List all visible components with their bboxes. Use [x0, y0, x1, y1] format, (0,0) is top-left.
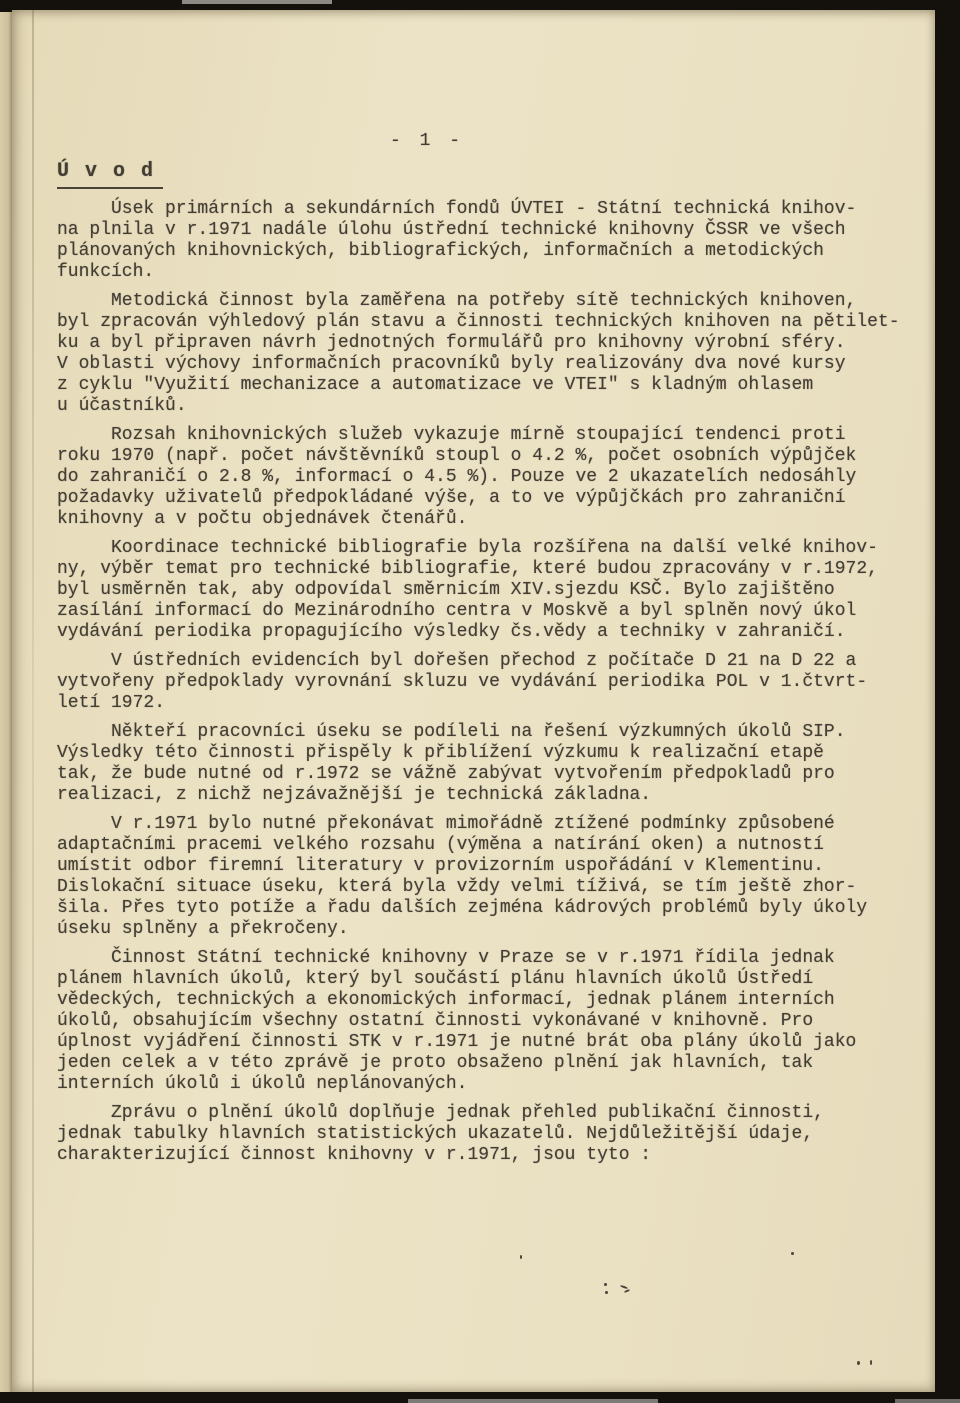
- paragraphs: Úsek primárních a sekundárních fondů ÚVT…: [57, 199, 923, 1174]
- paragraph-line: umístit odbor firemní literatury v provi…: [57, 856, 923, 877]
- paragraph-line: adaptačními pracemi velkého rozsahu (vým…: [57, 835, 923, 856]
- paragraph-line: jednak tabulky hlavních statistických uk…: [57, 1124, 923, 1145]
- scanner-band-notch: [895, 1399, 960, 1403]
- paragraph-line: Rozsah knihovnických služeb vykazuje mír…: [57, 425, 923, 446]
- paragraph-line: V r.1971 bylo nutné překonávat mimořádně…: [57, 814, 923, 835]
- ink-speck: [857, 1361, 860, 1365]
- paragraph-line: funkcích.: [57, 262, 923, 283]
- paragraph: Někteří pracovníci úseku se podíleli na …: [57, 722, 923, 806]
- paragraph-line: na plnila v r.1971 nadále úlohu ústřední…: [57, 220, 923, 241]
- paragraph-line: jeden celek a v této zprávě je proto obs…: [57, 1053, 923, 1074]
- ink-speck: [604, 1283, 607, 1286]
- paragraph-line: Zprávu o plnění úkolů doplňuje jednak př…: [57, 1103, 923, 1124]
- scanner-band-notch: [408, 1399, 658, 1403]
- paragraph-line: Dislokační situace úseku, která byla vžd…: [57, 877, 923, 898]
- paragraph: Činnost Státní technické knihovny v Praz…: [57, 948, 923, 1095]
- paragraph-line: knihovny a v počtu objednávek čtenářů.: [57, 509, 923, 530]
- paragraph-line: úseku splněny a překročeny.: [57, 919, 923, 940]
- paragraph-line: u účastníků.: [57, 396, 923, 417]
- paragraph-line: Koordinace technické bibliografie byla r…: [57, 538, 923, 559]
- paragraph-line: Úsek primárních a sekundárních fondů ÚVT…: [57, 199, 923, 220]
- paragraph-line: plánovaných knihovnických, bibliografick…: [57, 241, 923, 262]
- paragraph-line: z cyklu "Využití mechanizace a automatiz…: [57, 375, 923, 396]
- paragraph-line: úplnost vyjádření činnosti STK v r.1971 …: [57, 1032, 923, 1053]
- paragraph-line: realizaci, z nichž nejzávažnější je tech…: [57, 785, 923, 806]
- paragraph-line: Činnost Státní technické knihovny v Praz…: [57, 948, 923, 969]
- paragraph-line: ny, výběr temat pro technické bibliograf…: [57, 559, 923, 580]
- paragraph-line: letí 1972.: [57, 693, 923, 714]
- paper-sheet: - 1 - Ú v o d Úsek primárních a sekundár…: [12, 10, 935, 1392]
- paragraph: Rozsah knihovnických služeb vykazuje mír…: [57, 425, 923, 530]
- paragraph: Zprávu o plnění úkolů doplňuje jednak př…: [57, 1103, 923, 1166]
- paragraph-line: zasílání informací do Mezinárodního cent…: [57, 601, 923, 622]
- page-number: - 1 -: [390, 131, 464, 151]
- paragraph-line: vydávání periodika propagujícího výsledk…: [57, 622, 923, 643]
- paragraph-line: požadavky uživatelů předpokládané výše, …: [57, 488, 923, 509]
- ink-speck: [605, 1291, 608, 1294]
- ink-speck: [624, 1289, 630, 1293]
- paragraph-line: plánem hlavních úkolů, který byl součást…: [57, 969, 923, 990]
- paragraph-line: Výsledky této činnosti přispěly k přiblí…: [57, 743, 923, 764]
- paragraph-line: roku 1970 (např. počet návštěvníků stoup…: [57, 446, 923, 467]
- section-heading: Ú v o d: [57, 160, 163, 189]
- paragraph-line: tak, že bude nutné od r.1972 se vážně za…: [57, 764, 923, 785]
- paragraph: Metodická činnost byla zaměřena na potře…: [57, 291, 923, 417]
- scanner-band-notch: [182, 0, 332, 4]
- paragraph: V ústředních evidencích byl dořešen přec…: [57, 651, 923, 714]
- paragraph: Úsek primárních a sekundárních fondů ÚVT…: [57, 199, 923, 283]
- paragraph-line: charakterizující činnost knihovny v r.19…: [57, 1145, 923, 1166]
- underlying-page-edge: [0, 12, 12, 1392]
- paragraph-line: Někteří pracovníci úseku se podíleli na …: [57, 722, 923, 743]
- paragraph-line: Metodická činnost byla zaměřena na potře…: [57, 291, 923, 312]
- paragraph-line: vědeckých, technických a ekonomických in…: [57, 990, 923, 1011]
- paper-crease: [32, 10, 34, 1392]
- paragraph-line: V oblasti výchovy informačních pracovník…: [57, 354, 923, 375]
- paragraph-line: úkolů, obsahujícím všechny ostatní činno…: [57, 1011, 923, 1032]
- paragraph-line: V ústředních evidencích byl dořešen přec…: [57, 651, 923, 672]
- paragraph: Koordinace technické bibliografie byla r…: [57, 538, 923, 643]
- paragraph-line: byl zpracován výhledový plán stavu a čin…: [57, 312, 923, 333]
- paragraph-line: byl usměrněn tak, aby odpovídal směrnicí…: [57, 580, 923, 601]
- paragraph-line: ku a byl připraven návrh jednotných form…: [57, 333, 923, 354]
- ink-speck: [870, 1360, 872, 1365]
- paragraph: V r.1971 bylo nutné překonávat mimořádně…: [57, 814, 923, 940]
- paragraph-line: do zahraničí o 2.8 %, informací o 4.5 %)…: [57, 467, 923, 488]
- ink-speck: [791, 1252, 794, 1255]
- ink-speck: [520, 1255, 522, 1259]
- paragraph-line: šila. Přes tyto potíže a řadu dalších ze…: [57, 898, 923, 919]
- paragraph-line: interních úkolů i úkolů neplánovaných.: [57, 1074, 923, 1095]
- paragraph-line: vytvořeny předpoklady vyrovnání skluzu v…: [57, 672, 923, 693]
- scanned-document: { "page": { "page_number": "- 1 -", "hea…: [0, 0, 960, 1403]
